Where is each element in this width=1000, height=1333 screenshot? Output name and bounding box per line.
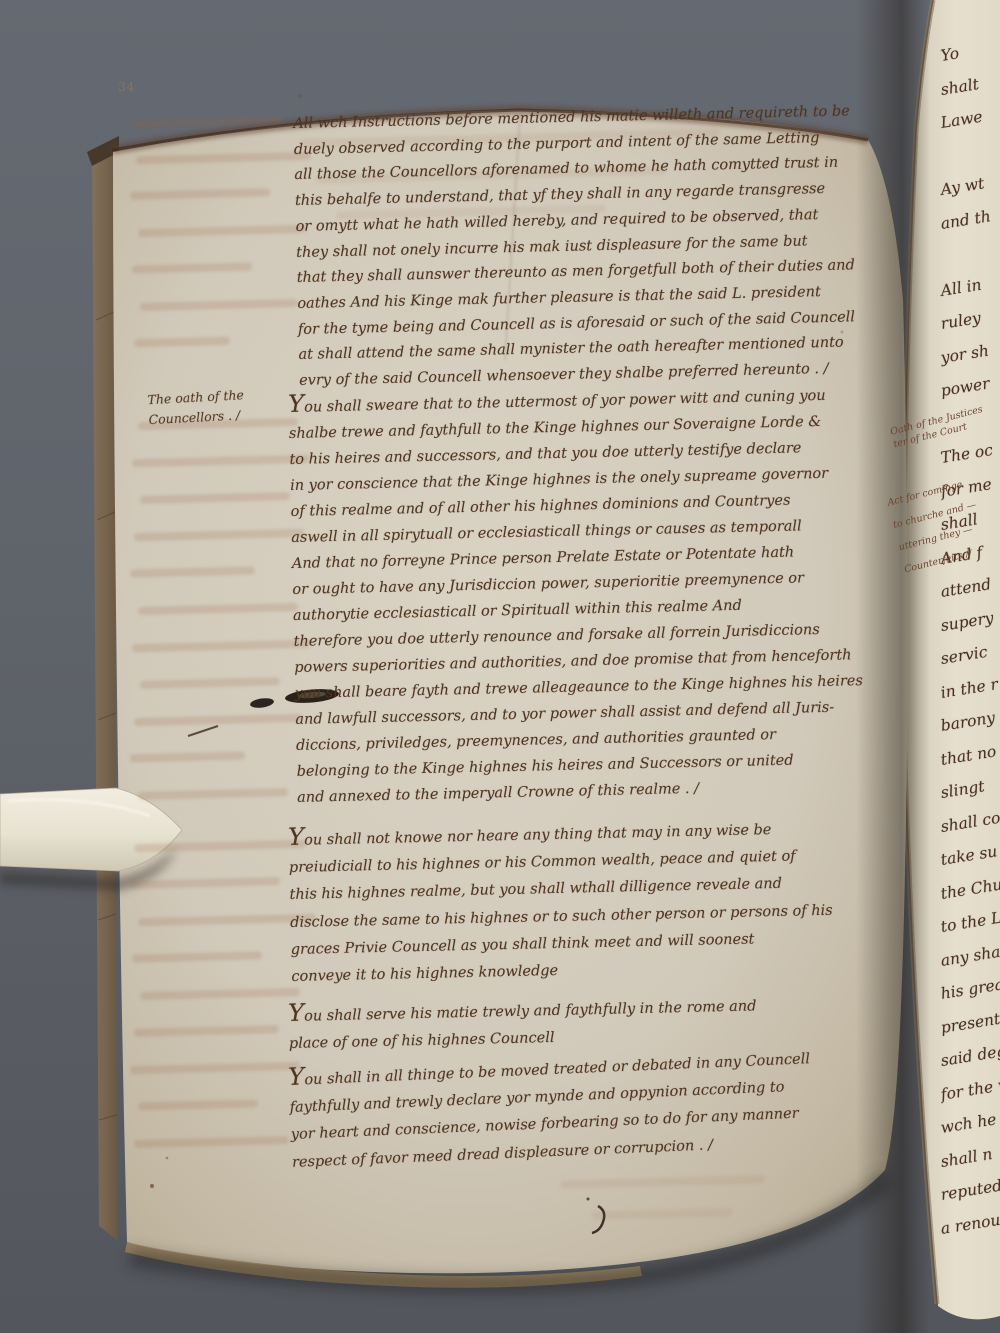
show-through-line [140,492,290,504]
show-through-line [130,1062,300,1074]
show-through-line [132,116,282,128]
show-through-line [138,225,306,237]
show-through-line [132,262,252,273]
show-through-line [560,1175,765,1188]
show-through-line [134,1136,289,1148]
show-through-line [132,455,310,468]
show-through-line [134,337,230,348]
show-through-line [592,1208,732,1220]
margin-note-oath: The oath of theCouncellors . / [147,382,309,430]
show-through-line [134,1025,279,1037]
show-through-line [138,788,288,800]
show-through-line [130,751,245,762]
paragraph-disclose: You shall not knowe nor heare any thing … [288,812,908,991]
show-through-line [140,677,280,689]
show-through-line [130,877,280,889]
right-page-text: YoshaltLaweAy wtand thAll inruleyyor shp… [941,40,1000,1246]
show-through-line [138,1099,258,1110]
show-through-line [140,299,298,311]
show-through-line [134,529,304,541]
show-through-line [138,603,298,615]
manuscript-photo: 34 The oath of theCouncellors . / All wc… [0,0,1000,1333]
show-through-line [134,714,302,726]
show-through-line [130,188,270,200]
paragraph-instructions: All wch Instructions before mentioned hi… [293,98,899,394]
show-through-line [130,566,255,577]
show-through-line [132,951,262,962]
show-through-line [132,640,310,653]
show-through-line [134,840,306,852]
folio-number: 34 [118,80,135,94]
paragraph-oath-supremacy: You shall sweare that to the uttermost o… [288,379,913,811]
show-through-line [136,152,311,165]
show-through-line [140,988,300,1000]
